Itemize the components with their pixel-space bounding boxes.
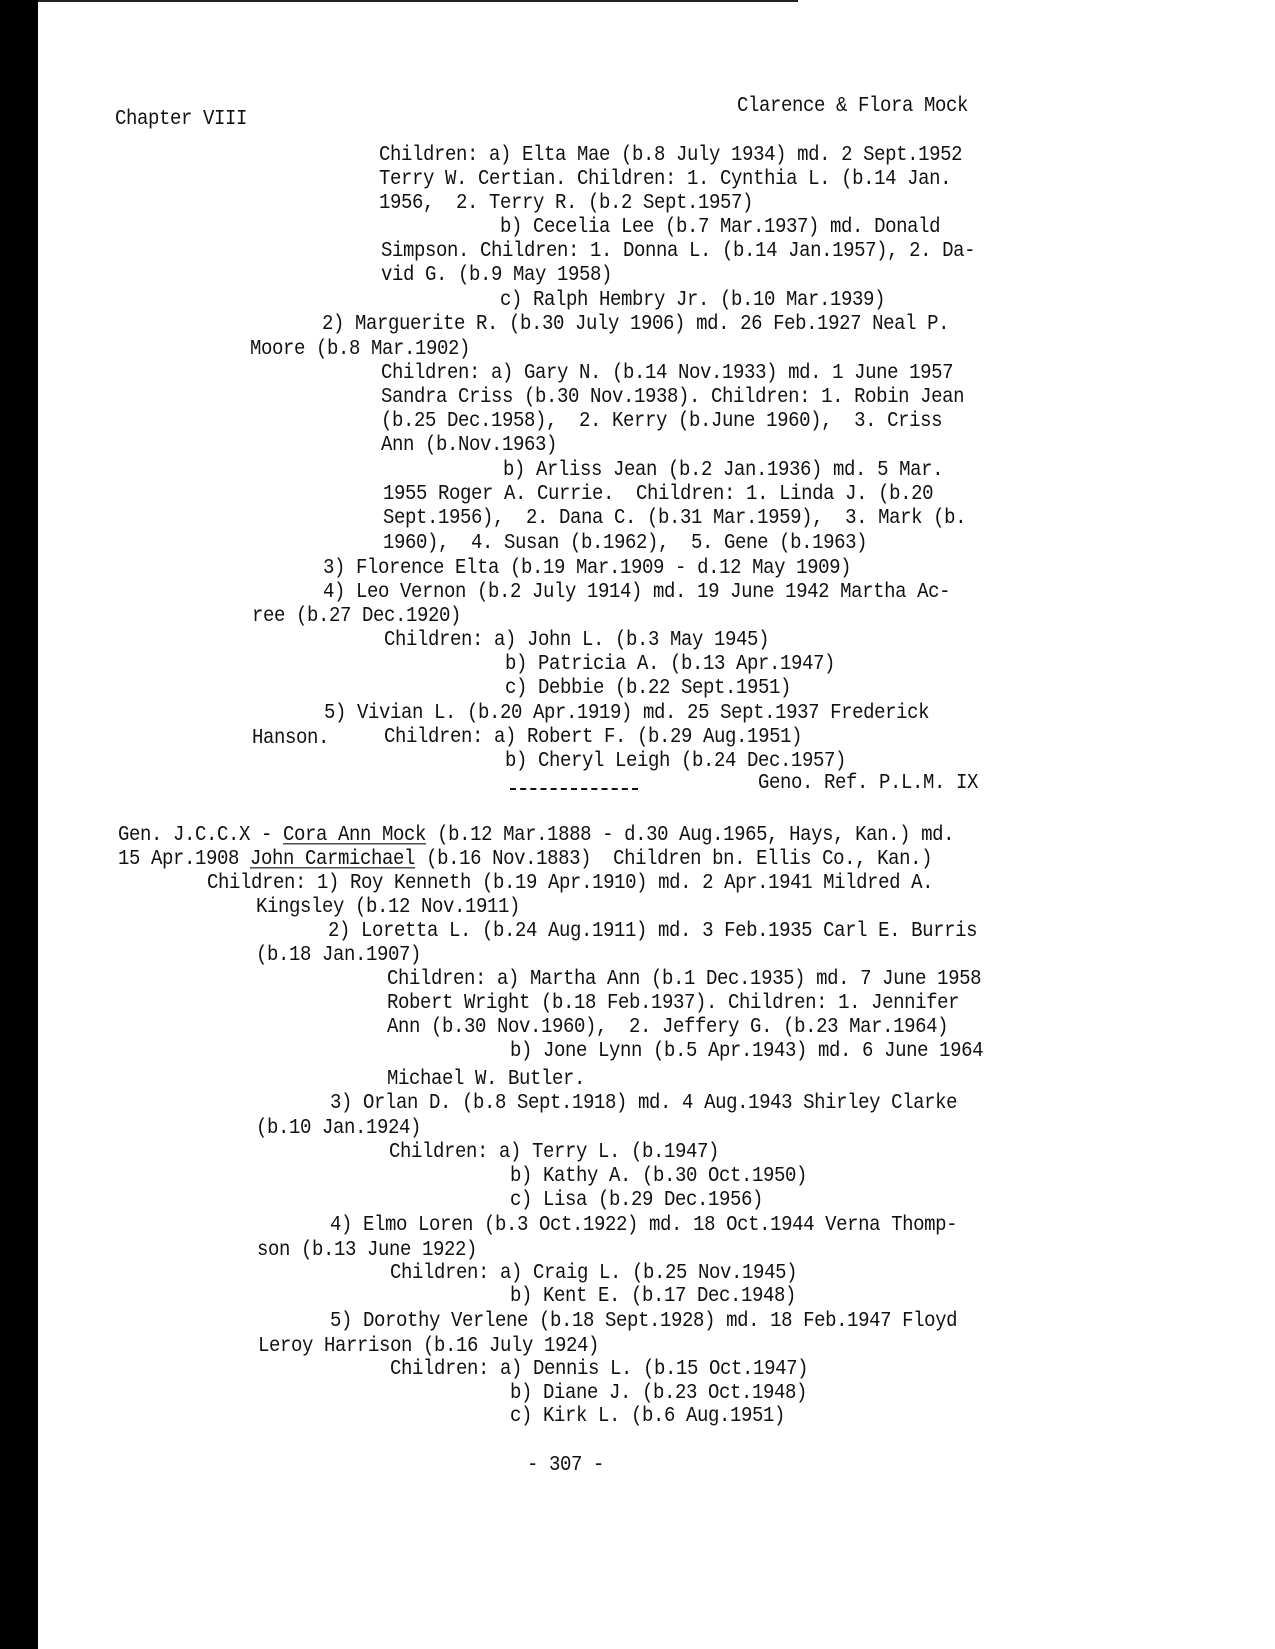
text-line: b) Jone Lynn (b.5 Apr.1943) md. 6 June 1… [510, 1038, 983, 1063]
text-line: Michael W. Butler. [387, 1066, 585, 1091]
text-line: Ann (b.Nov.1963) [381, 432, 557, 457]
generation-header: Gen. J.C.C.X - Cora Ann Mock (b.12 Mar.1… [118, 822, 954, 847]
marriage-line: 15 Apr.1908 John Carmichael (b.16 Nov.18… [118, 846, 932, 871]
text-line: Children: a) Robert F. (b.29 Aug.1951) [384, 724, 802, 749]
person-name: Cora Ann Mock [283, 822, 426, 847]
person-details: (b.12 Mar.1888 - d.30 Aug.1965, Hays, Ka… [426, 822, 954, 847]
generation-prefix: Gen. J.C.C.X - [118, 822, 283, 847]
text-line: Simpson. Children: 1. Donna L. (b.14 Jan… [381, 238, 975, 263]
text-line: (b.25 Dec.1958), 2. Kerry (b.June 1960),… [381, 408, 942, 433]
text-line: 3) Orlan D. (b.8 Sept.1918) md. 4 Aug.19… [330, 1090, 957, 1115]
text-line: Children: 1) Roy Kenneth (b.19 Apr.1910)… [207, 870, 933, 895]
text-line: b) Kent E. (b.17 Dec.1948) [510, 1283, 796, 1308]
text-line: Hanson. [252, 725, 329, 750]
reference-note: Geno. Ref. P.L.M. IX [758, 770, 978, 795]
text-line: c) Ralph Hembry Jr. (b.10 Mar.1939) [500, 287, 885, 312]
section-divider [510, 788, 638, 790]
scan-edge [1188, 0, 1275, 1649]
text-line: c) Lisa (b.29 Dec.1956) [510, 1187, 763, 1212]
text-line: c) Kirk L. (b.6 Aug.1951) [510, 1403, 785, 1428]
text-line: c) Debbie (b.22 Sept.1951) [505, 675, 791, 700]
text-line: 5) Vivian L. (b.20 Apr.1919) md. 25 Sept… [324, 700, 929, 725]
text-line: 2) Marguerite R. (b.30 July 1906) md. 26… [322, 311, 949, 336]
text-line: Moore (b.8 Mar.1902) [250, 336, 470, 361]
text-line: 3) Florence Elta (b.19 Mar.1909 - d.12 M… [323, 555, 851, 580]
text-line: b) Diane J. (b.23 Oct.1948) [510, 1380, 807, 1405]
chapter-heading: Chapter VIII [115, 106, 247, 131]
text-line: Children: a) Craig L. (b.25 Nov.1945) [390, 1260, 797, 1285]
text-line: Children: a) John L. (b.3 May 1945) [384, 627, 769, 652]
text-line: Ann (b.30 Nov.1960), 2. Jeffery G. (b.23… [387, 1014, 948, 1039]
text-line: Terry W. Certian. Children: 1. Cynthia L… [379, 166, 951, 191]
text-line: b) Cheryl Leigh (b.24 Dec.1957) [505, 748, 846, 773]
page-number: - 307 - [527, 1452, 604, 1477]
scan-border [38, 0, 798, 2]
text-line: 1955 Roger A. Currie. Children: 1. Linda… [383, 481, 933, 506]
text-line: 4) Elmo Loren (b.3 Oct.1922) md. 18 Oct.… [330, 1212, 957, 1237]
family-heading: Clarence & Flora Mock [737, 93, 968, 118]
text-line: (b.10 Jan.1924) [256, 1115, 421, 1140]
marriage-date: 15 Apr.1908 [118, 846, 250, 871]
text-line: Children: a) Elta Mae (b.8 July 1934) md… [379, 142, 962, 167]
text-line: b) Arliss Jean (b.2 Jan.1936) md. 5 Mar. [503, 457, 943, 482]
text-line: Children: a) Martha Ann (b.1 Dec.1935) m… [387, 966, 981, 991]
text-line: b) Kathy A. (b.30 Oct.1950) [510, 1163, 807, 1188]
text-line: Robert Wright (b.18 Feb.1937). Children:… [387, 990, 959, 1015]
text-line: Sandra Criss (b.30 Nov.1938). Children: … [381, 384, 964, 409]
spouse-details: (b.16 Nov.1883) Children bn. Ellis Co., … [415, 846, 932, 871]
text-line: Sept.1956), 2. Dana C. (b.31 Mar.1959), … [383, 505, 966, 530]
text-line: Children: a) Terry L. (b.1947) [389, 1139, 719, 1164]
text-line: b) Cecelia Lee (b.7 Mar.1937) md. Donald [500, 214, 940, 239]
text-line: (b.18 Jan.1907) [256, 942, 421, 967]
spouse-name: John Carmichael [250, 846, 415, 871]
text-line: b) Patricia A. (b.13 Apr.1947) [505, 651, 835, 676]
text-line: Leroy Harrison (b.16 July 1924) [258, 1333, 599, 1358]
text-line: 1956, 2. Terry R. (b.2 Sept.1957) [379, 190, 753, 215]
text-line: 1960), 4. Susan (b.1962), 5. Gene (b.196… [383, 530, 867, 555]
text-line: ree (b.27 Dec.1920) [252, 603, 461, 628]
text-line: 5) Dorothy Verlene (b.18 Sept.1928) md. … [330, 1308, 957, 1333]
text-line: vid G. (b.9 May 1958) [381, 262, 612, 287]
text-line: Children: a) Gary N. (b.14 Nov.1933) md.… [381, 360, 953, 385]
text-line: Kingsley (b.12 Nov.1911) [256, 894, 520, 919]
text-line: Children: a) Dennis L. (b.15 Oct.1947) [390, 1356, 808, 1381]
text-line: 4) Leo Vernon (b.2 July 1914) md. 19 Jun… [323, 579, 950, 604]
text-line: 2) Loretta L. (b.24 Aug.1911) md. 3 Feb.… [328, 918, 977, 943]
text-line: son (b.13 June 1922) [257, 1237, 477, 1262]
